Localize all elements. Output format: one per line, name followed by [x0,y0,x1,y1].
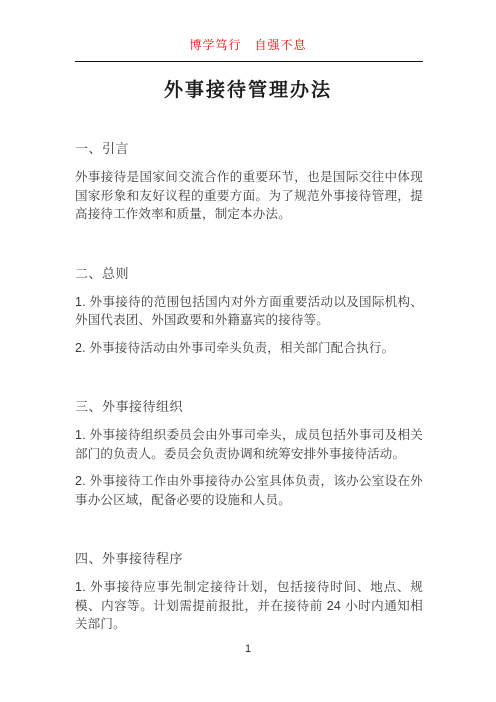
section-heading: 一、引言 [75,139,423,158]
paragraph: 1. 外事接待应事先制定接待计划，包括接待时间、地点、规模、内容等。计划需提前报… [75,578,423,634]
header-rule-line [75,61,423,62]
paragraph: 2. 外事接待工作由外事接待办公室具体负责，该办公室设在外事办公区域，配备必要的… [75,472,423,509]
paragraph: 1. 外事接待组织委员会由外事司牵头，成员包括外事司及相关部门的负责人。委员会负… [75,426,423,463]
document-body: 一、引言 外事接待是国家间交流合作的重要环节，也是国际交往中体现国家形象和友好议… [75,139,423,634]
document-title: 外事接待管理办法 [0,79,496,103]
section-reception-procedure: 四、外事接待程序 1. 外事接待应事先制定接待计划，包括接待时间、地点、规模、内… [75,549,423,634]
section-heading: 四、外事接待程序 [75,549,423,568]
page-number: 1 [0,643,496,655]
header-motto-text: 博学笃行 自强不息 [189,38,306,52]
section-heading: 二、总则 [75,264,423,283]
page-header: 博学笃行 自强不息 [0,0,496,54]
section-general-rules: 二、总则 1. 外事接待的范围包括国内对外方面重要活动以及国际机构、外国代表团、… [75,264,423,358]
paragraph: 1. 外事接待的范围包括国内对外方面重要活动以及国际机构、外国代表团、外国政要和… [75,293,423,330]
section-reception-organization: 三、外事接待组织 1. 外事接待组织委员会由外事司牵头，成员包括外事司及相关部门… [75,397,423,509]
section-heading: 三、外事接待组织 [75,397,423,416]
paragraph: 外事接待是国家间交流合作的重要环节，也是国际交往中体现国家形象和友好议程的重要方… [75,168,423,224]
section-introduction: 一、引言 外事接待是国家间交流合作的重要环节，也是国际交往中体现国家形象和友好议… [75,139,423,224]
document-page: 博学笃行 自强不息 外事接待管理办法 一、引言 外事接待是国家间交流合作的重要环… [0,0,496,702]
paragraph: 2. 外事接待活动由外事司牵头负责，相关部门配合执行。 [75,339,423,358]
